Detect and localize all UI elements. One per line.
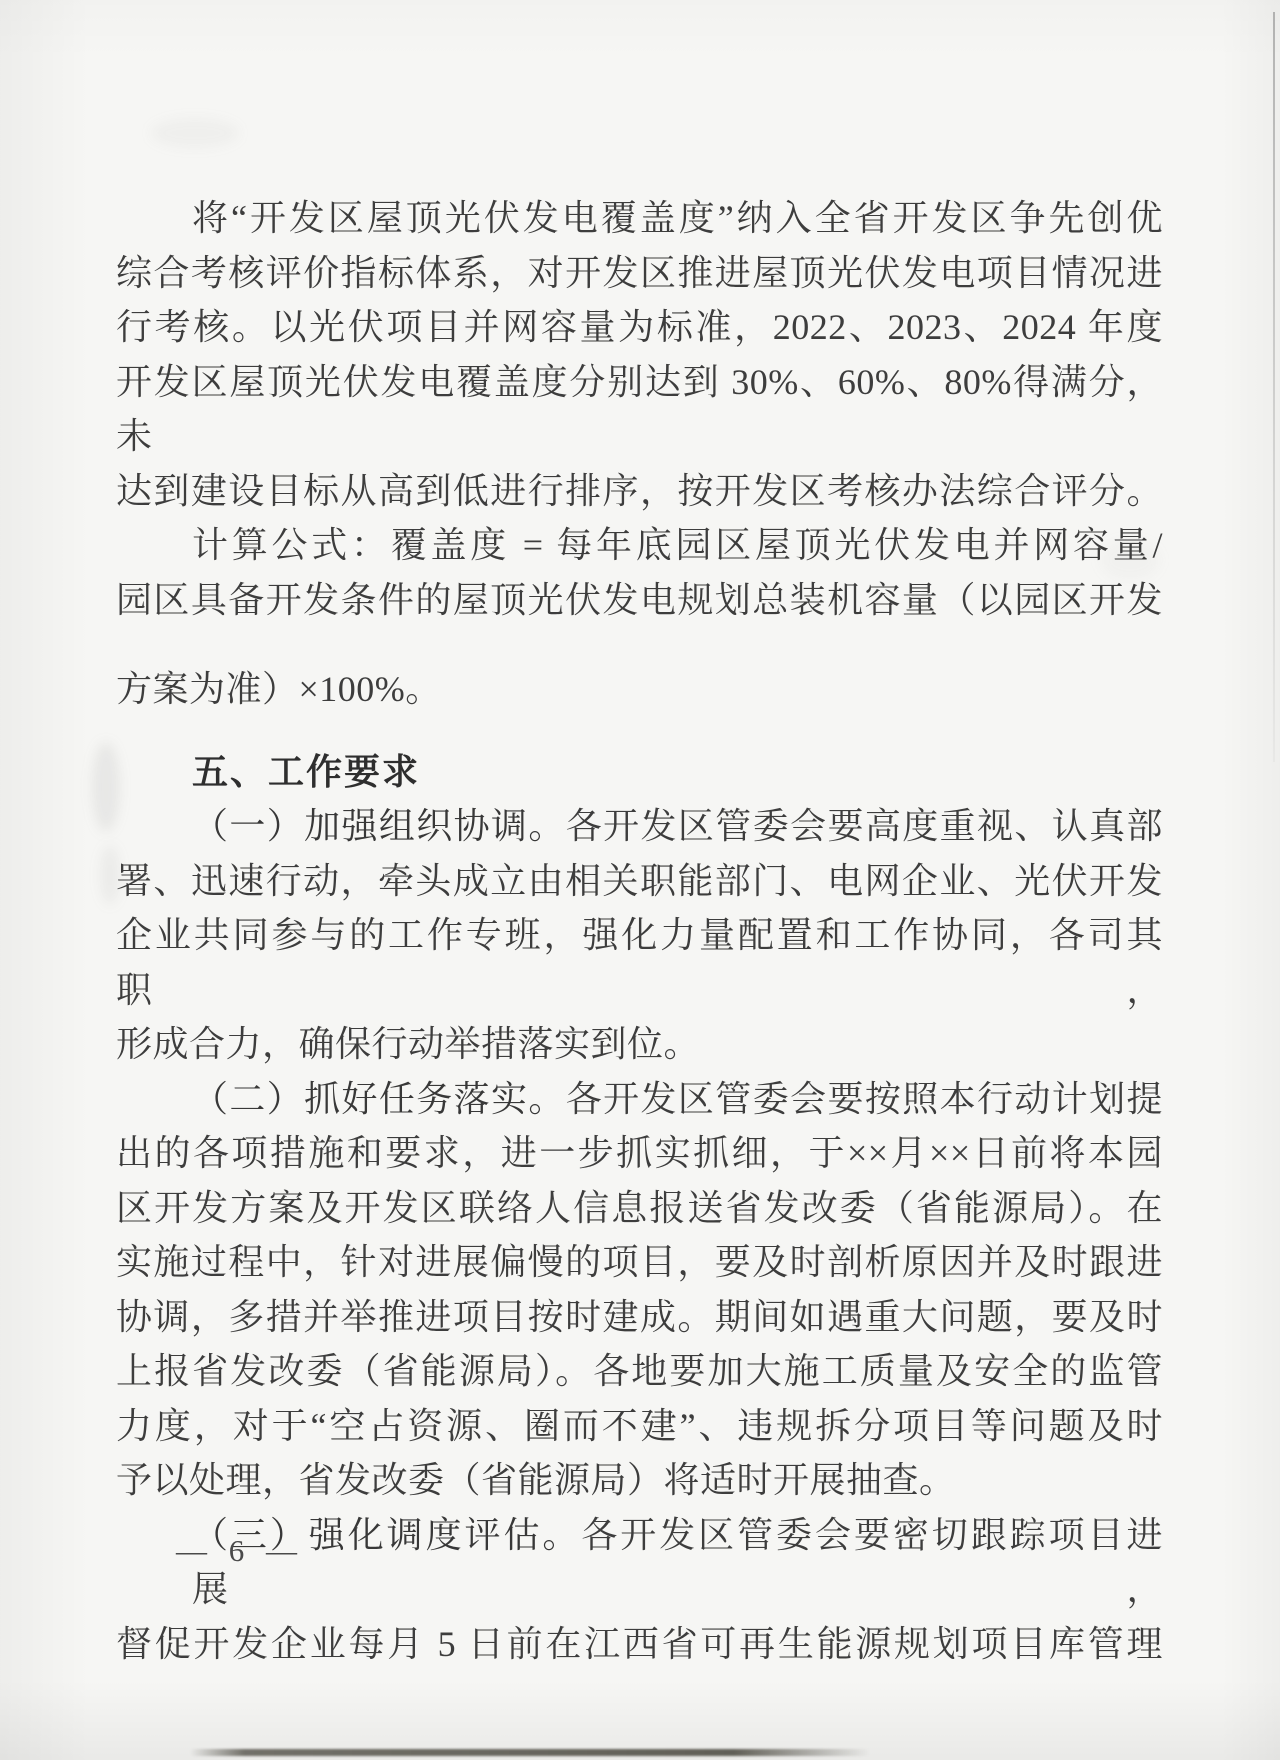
text-line: （二）抓好任务落实。各开发区管委会要按照本行动计划提 (116, 1072, 1163, 1127)
text-line: 开发区屋顶光伏发电覆盖度分别达到 30%、60%、80%得满分，未 (116, 355, 1163, 464)
text-line: 予以处理，省发改委（省能源局）将适时开展抽查。 (116, 1453, 1163, 1508)
text-line: 力度，对于“空占资源、圈而不建”、违规拆分项目等问题及时 (116, 1399, 1163, 1454)
clause-lead: （一）加强组织协调。 (192, 806, 566, 846)
document-body: 将“开发区屋顶光伏发电覆盖度”纳入全省开发区争先创优综合考核评价指标体系，对开发… (116, 191, 1163, 1671)
text-line: 督促开发企业每月 5 日前在江西省可再生能源规划项目库管理 (116, 1617, 1163, 1672)
section-heading: 五、工作要求 (116, 745, 1163, 800)
text-line: 将“开发区屋顶光伏发电覆盖度”纳入全省开发区争先创优 (116, 191, 1163, 246)
scan-smudge (150, 118, 240, 148)
text-line: 计算公式：覆盖度 = 每年底园区屋顶光伏发电并网容量/ (116, 518, 1163, 573)
page-number: — 6 — (176, 1533, 304, 1569)
text-line: 达到建设目标从高到低进行排序，按开发区考核办法综合评分。 (116, 464, 1163, 519)
clause-lead: （二）抓好任务落实。 (192, 1079, 566, 1119)
text-line: 出的各项措施和要求，进一步抓实抓细，于××月××日前将本园 (116, 1126, 1163, 1181)
text-line: 形成合力，确保行动举措落实到位。 (116, 1017, 1163, 1072)
text-line: 区开发方案及开发区联络人信息报送省发改委（省能源局）。在 (116, 1181, 1163, 1236)
text-line: 上报省发改委（省能源局）。各地要加大施工质量及安全的监管 (116, 1344, 1163, 1399)
text-line: 方案为准）×100%。 (116, 662, 1163, 717)
text-line: 综合考核评价指标体系，对开发区推进屋顶光伏发电项目情况进 (116, 246, 1163, 301)
scan-bottom-artifact (190, 1749, 870, 1756)
text-line: 协调，多措并举推进项目按时建成。期间如遇重大问题，要及时 (116, 1290, 1163, 1345)
text-line: 署、迅速行动，牵头成立由相关职能部门、电网企业、光伏开发 (116, 854, 1163, 909)
text-line: （一）加强组织协调。各开发区管委会要高度重视、认真部 (116, 799, 1163, 854)
text-line: 园区具备开发条件的屋顶光伏发电规划总装机容量（以园区开发 (116, 573, 1163, 628)
text-line: 行考核。以光伏项目并网容量为标准，2022、2023、2024 年度 (116, 300, 1163, 355)
text-line: 实施过程中，针对进展偏慢的项目，要及时剖析原因并及时跟进 (116, 1235, 1163, 1290)
scan-edge-artifact (1273, 12, 1275, 762)
text-line: 企业共同参与的工作专班，强化力量配置和工作协同，各司其职， (116, 908, 1163, 1017)
